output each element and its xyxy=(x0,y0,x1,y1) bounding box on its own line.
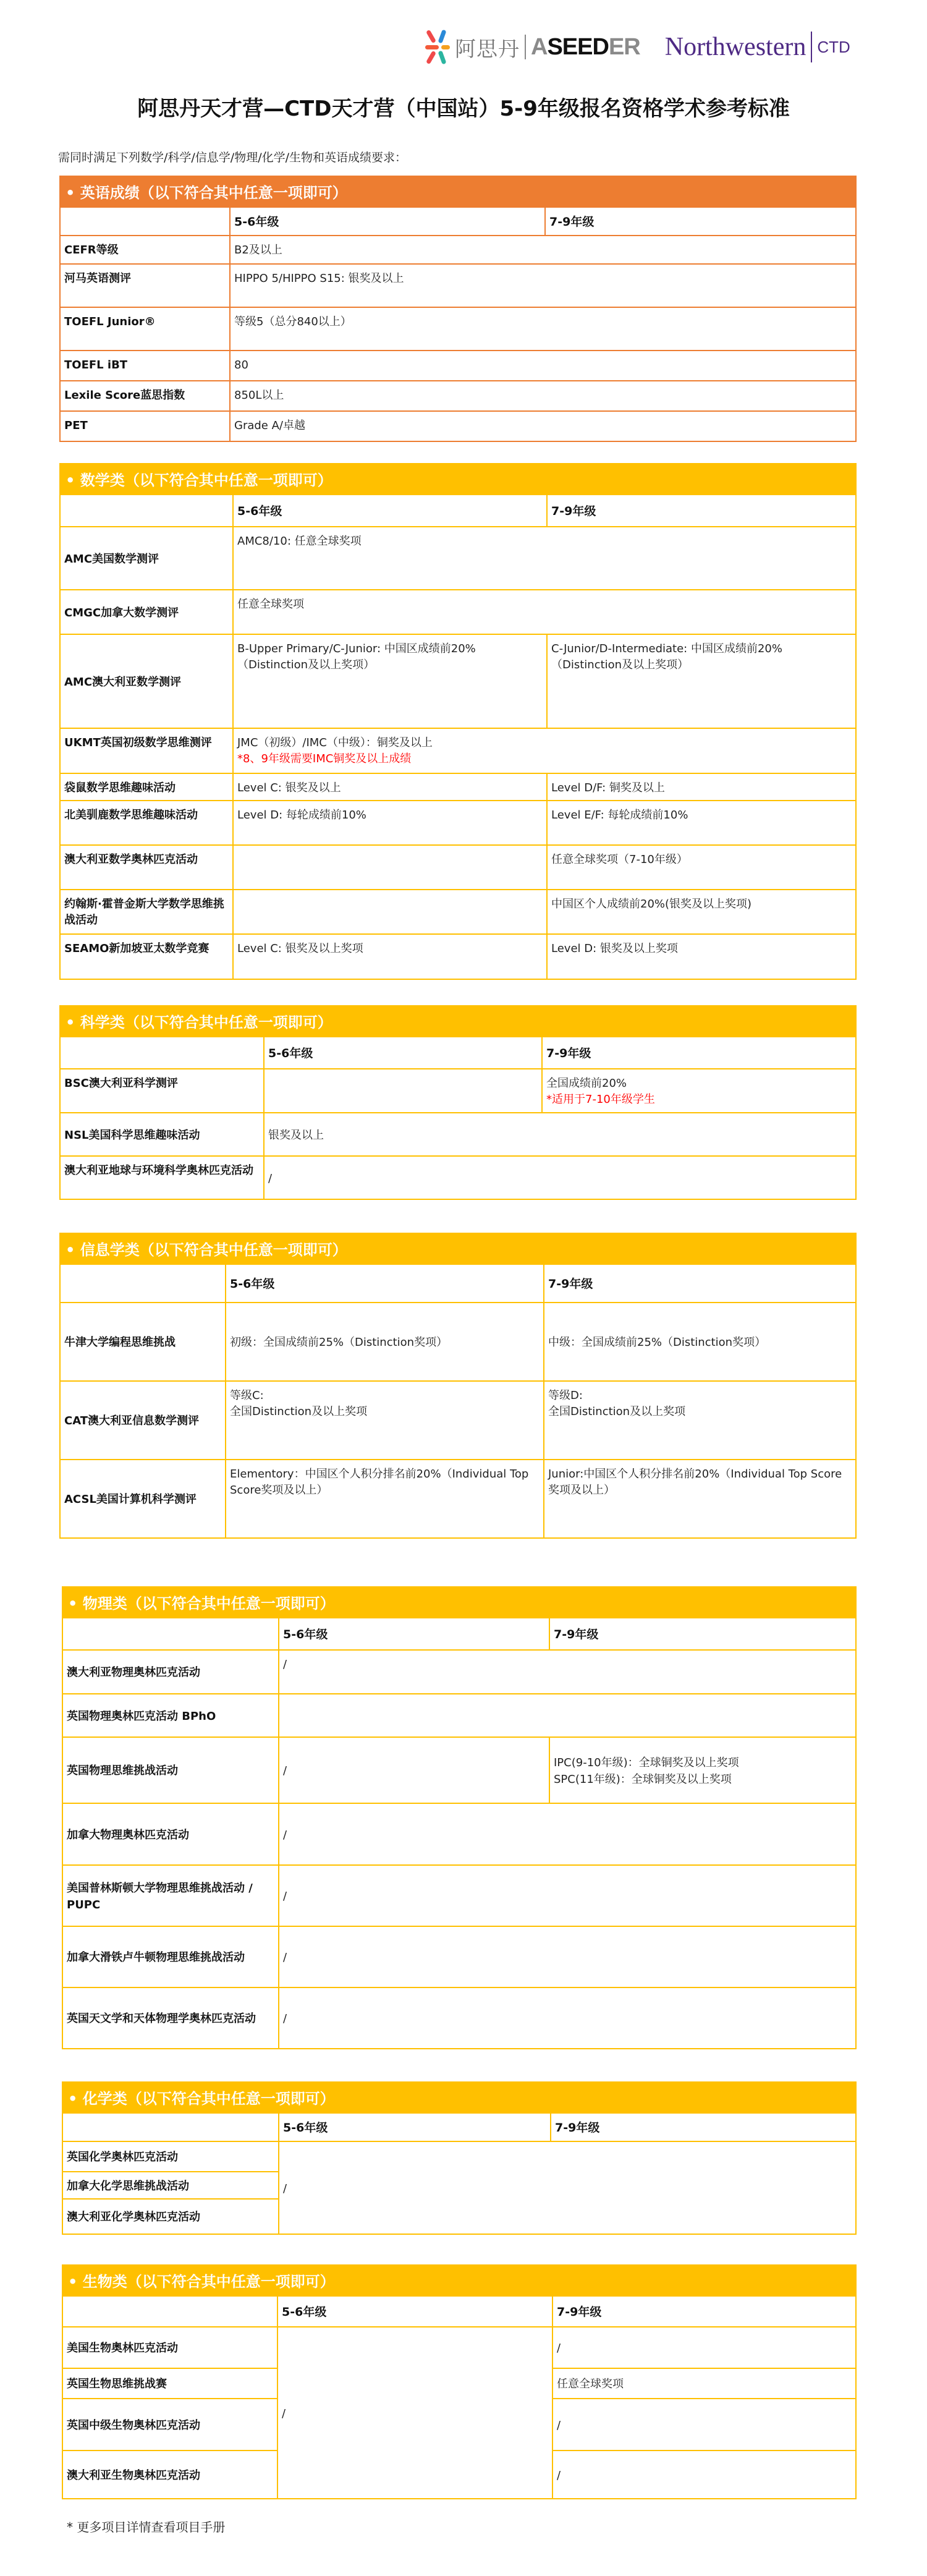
row-label: 英国中级生物奥林匹克活动 xyxy=(62,2399,277,2451)
table-row: PETGrade A/卓越 xyxy=(60,411,856,441)
cell-g56 xyxy=(233,890,547,934)
cell-g79: / xyxy=(552,2399,856,2451)
row-label: BSC澳大利亚科学测评 xyxy=(60,1069,264,1113)
table-row: UKMT英国初级数学思维测评JMC（初级）/IMC（中级）：铜奖及以上*8、9年… xyxy=(60,728,856,773)
table-row: 北美驯鹿数学思维趣味活动Level D: 每轮成绩前10%Level E/F: … xyxy=(60,801,856,845)
table-row: AMC美国数学测评AMC8/10: 任意全球奖项 xyxy=(60,527,856,590)
col-header-g56: 5-6年级 xyxy=(279,2113,551,2141)
row-label: 澳大利亚数学奥林匹克活动 xyxy=(60,845,233,890)
table-row: CMGC加拿大数学测评任意全球奖项 xyxy=(60,590,856,634)
cell-g79: C-Junior/D-Intermediate: 中国区成绩前20%（Disti… xyxy=(547,634,856,728)
section-header: • 化学类（以下符合其中任意一项即可） xyxy=(62,2081,857,2112)
math-table: 5-6年级 7-9年级 AMC美国数学测评AMC8/10: 任意全球奖项 CMG… xyxy=(59,494,857,980)
table-row: 美国生物奥林匹克活动// xyxy=(62,2327,856,2368)
chemistry-table: 5-6年级 7-9年级 英国化学奥林匹克活动/ 加拿大化学思维挑战活动 澳大利亚… xyxy=(62,2112,857,2235)
cell-g79: 中国区个人成绩前20%(银奖及以上奖项) xyxy=(547,890,856,934)
cell-g79: Level D/F: 铜奖及以上 xyxy=(547,773,856,801)
section-math: • 数学类（以下符合其中任意一项即可） 5-6年级 7-9年级 AMC美国数学测… xyxy=(59,463,857,980)
page-title: 阿思丹天才营—CTD天才营（中国站）5-9年级报名资格学术参考标准 xyxy=(0,91,927,122)
logo-divider xyxy=(811,32,812,62)
northwestern-ctd-logo: Northwestern CTD xyxy=(665,32,850,62)
row-value: / xyxy=(264,1156,856,1199)
table-row: TOEFL iBT80 xyxy=(60,351,856,381)
col-header-g79: 7-9年级 xyxy=(551,2113,856,2141)
row-label: TOEFL iBT xyxy=(60,351,230,381)
aseeder-cn-name: 阿思丹 xyxy=(455,32,520,62)
value-line: 全国Distinction及以上奖项 xyxy=(548,1404,852,1420)
table-header-row: 5-6年级 7-9年级 xyxy=(62,1618,856,1650)
row-value: / xyxy=(279,1926,856,1987)
aseeder-logo: 阿思丹 ASEEDER xyxy=(426,28,640,66)
row-label: TOEFL Junior® xyxy=(60,307,230,351)
section-english: • 英语成绩（以下符合其中任意一项即可） 5-6年级 7-9年级 CEFR等级B… xyxy=(59,176,857,442)
value-line: IPC(9-10年级)：全球铜奖及以上奖项 xyxy=(554,1755,852,1771)
table-header-row: 5-6年级 7-9年级 xyxy=(60,207,856,236)
empty-cell xyxy=(62,2113,279,2141)
row-value: / xyxy=(279,1987,856,2049)
row-label: Lexile Score蓝思指数 xyxy=(60,381,230,411)
note-text: *8、9年级需要IMC铜奖及以上成绩 xyxy=(237,751,852,767)
row-value: HIPPO 5/HIPPO S15: 银奖及以上 xyxy=(230,264,856,307)
english-table: 5-6年级 7-9年级 CEFR等级B2及以上 河马英语测评HIPPO 5/HI… xyxy=(59,206,857,442)
row-label: 北美驯鹿数学思维趣味活动 xyxy=(60,801,233,845)
cell-g56: Level C: 银奖及以上奖项 xyxy=(233,934,547,979)
row-label: 英国物理思维挑战活动 xyxy=(62,1737,279,1803)
cell-g79: 全国成绩前20%*适用于7-10年级学生 xyxy=(542,1069,856,1113)
table-row: CEFR等级B2及以上 xyxy=(60,236,856,264)
value-line: 等级D: xyxy=(548,1388,852,1404)
section-header: • 科学类（以下符合其中任意一项即可） xyxy=(59,1005,857,1036)
cell-g56 xyxy=(233,845,547,890)
col-header-g79: 7-9年级 xyxy=(544,1264,856,1303)
empty-cell xyxy=(60,495,233,527)
row-label: CEFR等级 xyxy=(60,236,230,264)
cell-g79: / xyxy=(552,2327,856,2368)
table-row: SEAMO新加坡亚太数学竞赛Level C: 银奖及以上奖项Level D: 银… xyxy=(60,934,856,979)
row-value: Grade A/卓越 xyxy=(230,411,856,441)
cell-g79: Level D: 银奖及以上奖项 xyxy=(547,934,856,979)
row-value: 850L以上 xyxy=(230,381,856,411)
section-header: • 生物类（以下符合其中任意一项即可） xyxy=(62,2264,857,2295)
row-label: 英国化学奥林匹克活动 xyxy=(62,2141,279,2172)
row-value: 等级5（总分840以上） xyxy=(230,307,856,351)
section-physics: • 物理类（以下符合其中任意一项即可） 5-6年级 7-9年级 澳大利亚物理奥林… xyxy=(62,1586,857,2049)
empty-cell xyxy=(60,1037,264,1069)
table-row: 约翰斯·霍普金斯大学数学思维挑战活动中国区个人成绩前20%(银奖及以上奖项) xyxy=(60,890,856,934)
table-row: 英国物理奥林匹克活动 BPhO xyxy=(62,1694,856,1737)
col-header-g56: 5-6年级 xyxy=(233,495,547,527)
section-biology: • 生物类（以下符合其中任意一项即可） 5-6年级 7-9年级 美国生物奥林匹克… xyxy=(62,2264,857,2499)
empty-cell xyxy=(62,2296,277,2327)
physics-table: 5-6年级 7-9年级 澳大利亚物理奥林匹克活动/ 英国物理奥林匹克活动 BPh… xyxy=(62,1617,857,2049)
col-header-g56: 5-6年级 xyxy=(226,1264,544,1303)
table-row: BSC澳大利亚科学测评全国成绩前20%*适用于7-10年级学生 xyxy=(60,1069,856,1113)
col-header-g79: 7-9年级 xyxy=(547,495,856,527)
table-header-row: 5-6年级 7-9年级 xyxy=(62,2296,856,2327)
empty-cell xyxy=(60,207,230,236)
row-label: 澳大利亚生物奥林匹克活动 xyxy=(62,2451,277,2499)
row-label: 英国物理奥林匹克活动 BPhO xyxy=(62,1694,279,1737)
table-row: 澳大利亚数学奥林匹克活动任意全球奖项（7-10年级） xyxy=(60,845,856,890)
table-row: TOEFL Junior®等级5（总分840以上） xyxy=(60,307,856,351)
northwestern-name: Northwestern xyxy=(665,32,806,62)
table-header-row: 5-6年级 7-9年级 xyxy=(60,1037,856,1069)
empty-cell xyxy=(60,1264,226,1303)
row-label: CAT澳大利亚信息数学测评 xyxy=(60,1381,226,1460)
cell-g56: 等级C:全国Distinction及以上奖项 xyxy=(226,1381,544,1460)
footer-note: * 更多项目详情查看项目手册 xyxy=(67,2517,225,2535)
table-row: 河马英语测评HIPPO 5/HIPPO S15: 银奖及以上 xyxy=(60,264,856,307)
cell-g79: IPC(9-10年级)：全球铜奖及以上奖项SPC(11年级)：全球铜奖及以上奖项 xyxy=(549,1737,856,1803)
row-label: PET xyxy=(60,411,230,441)
row-label: UKMT英国初级数学思维测评 xyxy=(60,728,233,773)
col-header-g79: 7-9年级 xyxy=(549,1618,856,1650)
table-header-row: 5-6年级 7-9年级 xyxy=(60,1264,856,1303)
cell-g79: 任意全球奖项（7-10年级） xyxy=(547,845,856,890)
row-value: JMC（初级）/IMC（中级）：铜奖及以上*8、9年级需要IMC铜奖及以上成绩 xyxy=(233,728,856,773)
logo-divider xyxy=(525,35,526,59)
table-row: 美国普林斯顿大学物理思维挑战活动 / PUPC/ xyxy=(62,1865,856,1926)
row-label: 河马英语测评 xyxy=(60,264,230,307)
col-header-g79: 7-9年级 xyxy=(542,1037,856,1069)
table-row: 加拿大滑铁卢牛顿物理思维挑战活动/ xyxy=(62,1926,856,1987)
row-label: 袋鼠数学思维趣味活动 xyxy=(60,773,233,801)
cell-g56: Level D: 每轮成绩前10% xyxy=(233,801,547,845)
aseeder-spark-icon xyxy=(426,28,449,66)
section-header: • 信息学类（以下符合其中任意一项即可） xyxy=(59,1233,857,1264)
row-value: / xyxy=(279,1650,856,1694)
col-header-g79: 7-9年级 xyxy=(545,207,856,236)
row-label: 约翰斯·霍普金斯大学数学思维挑战活动 xyxy=(60,890,233,934)
value-line: SPC(11年级)：全球铜奖及以上奖项 xyxy=(554,1772,852,1788)
cell-g79: / xyxy=(552,2451,856,2499)
empty-cell xyxy=(62,1618,279,1650)
row-label: 澳大利亚地球与环境科学奥林匹克活动 xyxy=(60,1156,264,1199)
row-label: 加拿大化学思维挑战活动 xyxy=(62,2172,279,2199)
merged-g56-value: / xyxy=(277,2327,552,2499)
table-row: 英国化学奥林匹克活动/ xyxy=(62,2141,856,2172)
cell-g56: / xyxy=(279,1737,549,1803)
row-label: NSL美国科学思维趣味活动 xyxy=(60,1113,264,1156)
table-row: NSL美国科学思维趣味活动银奖及以上 xyxy=(60,1113,856,1156)
cell-g79: 等级D:全国Distinction及以上奖项 xyxy=(544,1381,856,1460)
value-line: 全国Distinction及以上奖项 xyxy=(230,1404,540,1420)
science-table: 5-6年级 7-9年级 BSC澳大利亚科学测评全国成绩前20%*适用于7-10年… xyxy=(59,1036,857,1200)
row-label: 英国生物思维挑战赛 xyxy=(62,2368,277,2399)
section-header: • 英语成绩（以下符合其中任意一项即可） xyxy=(59,176,857,206)
col-header-g56: 5-6年级 xyxy=(264,1037,542,1069)
row-label: 澳大利亚物理奥林匹克活动 xyxy=(62,1650,279,1694)
row-value: AMC8/10: 任意全球奖项 xyxy=(233,527,856,590)
col-header-g79: 7-9年级 xyxy=(552,2296,856,2327)
table-row: Lexile Score蓝思指数850L以上 xyxy=(60,381,856,411)
table-row: 澳大利亚地球与环境科学奥林匹克活动/ xyxy=(60,1156,856,1199)
table-row: CAT澳大利亚信息数学测评等级C:全国Distinction及以上奖项等级D:全… xyxy=(60,1381,856,1460)
row-label: SEAMO新加坡亚太数学竞赛 xyxy=(60,934,233,979)
section-header: • 物理类（以下符合其中任意一项即可） xyxy=(62,1586,857,1617)
note-text: *适用于7-10年级学生 xyxy=(546,1092,852,1108)
section-science: • 科学类（以下符合其中任意一项即可） 5-6年级 7-9年级 BSC澳大利亚科… xyxy=(59,1005,857,1200)
table-row: 加拿大物理奥林匹克活动/ xyxy=(62,1803,856,1865)
row-value: 银奖及以上 xyxy=(264,1113,856,1156)
table-row: 澳大利亚物理奥林匹克活动/ xyxy=(62,1650,856,1694)
row-label: AMC美国数学测评 xyxy=(60,527,233,590)
table-header-row: 5-6年级 7-9年级 xyxy=(60,495,856,527)
row-label: CMGC加拿大数学测评 xyxy=(60,590,233,634)
section-informatics: • 信息学类（以下符合其中任意一项即可） 5-6年级 7-9年级 牛津大学编程思… xyxy=(59,1233,857,1539)
row-label: 美国普林斯顿大学物理思维挑战活动 / PUPC xyxy=(62,1865,279,1926)
biology-table: 5-6年级 7-9年级 美国生物奥林匹克活动// 英国生物思维挑战赛任意全球奖项… xyxy=(62,2295,857,2499)
intro-text: 需同时满足下列数学/科学/信息学/物理/化学/生物和英语成绩要求： xyxy=(58,148,407,165)
row-label: ACSL美国计算机科学测评 xyxy=(60,1460,226,1538)
row-value: / xyxy=(279,1803,856,1865)
cell-g56: B-Upper Primary/C-Junior: 中国区成绩前20%（Dist… xyxy=(233,634,547,728)
value-text: JMC（初级）/IMC（中级）：铜奖及以上 xyxy=(237,735,852,751)
row-value: 任意全球奖项 xyxy=(233,590,856,634)
cell-g79: Level E/F: 每轮成绩前10% xyxy=(547,801,856,845)
cell-g79: Junior:中国区个人积分排名前20%（Individual Top Scor… xyxy=(544,1460,856,1538)
row-label: 牛津大学编程思维挑战 xyxy=(60,1303,226,1381)
section-chemistry: • 化学类（以下符合其中任意一项即可） 5-6年级 7-9年级 英国化学奥林匹克… xyxy=(62,2081,857,2235)
table-row: ACSL美国计算机科学测评Elementory：中国区个人积分排名前20%（In… xyxy=(60,1460,856,1538)
ctd-name: CTD xyxy=(817,38,850,57)
table-row: 英国天文学和天体物理学奥林匹克活动/ xyxy=(62,1987,856,2049)
value-text: 全国成绩前20% xyxy=(546,1076,852,1092)
table-row: 袋鼠数学思维趣味活动Level C: 银奖及以上Level D/F: 铜奖及以上 xyxy=(60,773,856,801)
cell-g79: 中级：全国成绩前25%（Distinction奖项） xyxy=(544,1303,856,1381)
cell-g56: 初级：全国成绩前25%（Distinction奖项） xyxy=(226,1303,544,1381)
row-label: 加拿大物理奥林匹克活动 xyxy=(62,1803,279,1865)
cell-g79: 任意全球奖项 xyxy=(552,2368,856,2399)
section-header: • 数学类（以下符合其中任意一项即可） xyxy=(59,463,857,494)
aseeder-en-name: ASEEDER xyxy=(531,34,640,61)
col-header-g56: 5-6年级 xyxy=(279,1618,549,1650)
row-value: B2及以上 xyxy=(230,236,856,264)
row-label: 美国生物奥林匹克活动 xyxy=(62,2327,277,2368)
table-row: AMC澳大利亚数学测评B-Upper Primary/C-Junior: 中国区… xyxy=(60,634,856,728)
col-header-g56: 5-6年级 xyxy=(277,2296,552,2327)
informatics-table: 5-6年级 7-9年级 牛津大学编程思维挑战初级：全国成绩前25%（Distin… xyxy=(59,1264,857,1539)
merged-value: / xyxy=(279,2141,856,2234)
table-row: 牛津大学编程思维挑战初级：全国成绩前25%（Distinction奖项）中级：全… xyxy=(60,1303,856,1381)
row-label: 英国天文学和天体物理学奥林匹克活动 xyxy=(62,1987,279,2049)
cell-g56: Level C: 银奖及以上 xyxy=(233,773,547,801)
row-value: 80 xyxy=(230,351,856,381)
table-row: 英国物理思维挑战活动/IPC(9-10年级)：全球铜奖及以上奖项SPC(11年级… xyxy=(62,1737,856,1803)
value-line: 等级C: xyxy=(230,1388,540,1404)
col-header-g56: 5-6年级 xyxy=(230,207,545,236)
row-value: / xyxy=(279,1865,856,1926)
logo-bar: 阿思丹 ASEEDER Northwestern CTD xyxy=(426,28,850,66)
row-label: 澳大利亚化学奥林匹克活动 xyxy=(62,2199,279,2234)
cell-g56: Elementory：中国区个人积分排名前20%（Individual Top … xyxy=(226,1460,544,1538)
row-label: 加拿大滑铁卢牛顿物理思维挑战活动 xyxy=(62,1926,279,1987)
cell-g56 xyxy=(264,1069,542,1113)
row-label: AMC澳大利亚数学测评 xyxy=(60,634,233,728)
table-header-row: 5-6年级 7-9年级 xyxy=(62,2113,856,2141)
row-value xyxy=(279,1694,856,1737)
